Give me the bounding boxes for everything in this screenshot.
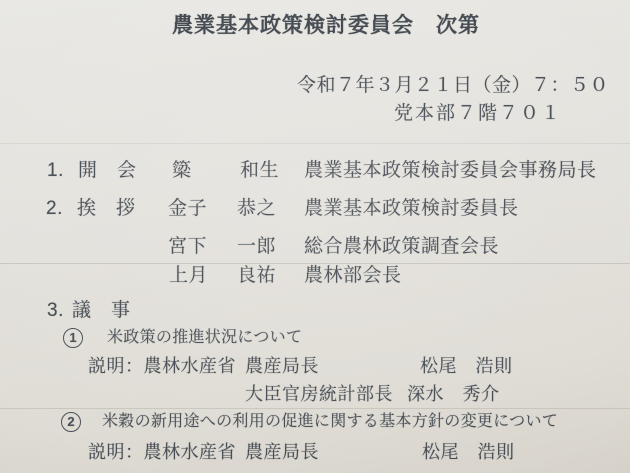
agenda-topic: 米政策の推進状況について [107,329,302,347]
scan-line [0,143,630,144]
meeting-title: 農業基本政策検討委員会 次第 [172,14,480,38]
explainer-name: 松尾 浩則 [422,442,515,463]
circled-number-icon: 1 [63,328,83,348]
speaker-surname: 簗 [172,160,192,182]
explainer-org: 説明：農林水産省 [88,356,236,377]
item-number: 2. [46,198,63,220]
speaker-surname: 宮下 [168,236,207,258]
explainer-name: 松尾 浩則 [420,356,513,377]
meeting-venue: 党本部７階７０１ [394,103,562,125]
speaker-givenname: 良祐 [237,265,276,287]
speaker-surname: 金子 [168,198,207,220]
speaker-role: 総合農林政策調査会長 [304,236,499,258]
speaker-role: 農業基本政策検討委員会事務局長 [304,160,597,182]
circled-number-icon: 2 [61,412,81,432]
speaker-givenname: 一郎 [237,236,276,258]
agenda-document-photo: 農業基本政策検討委員会 次第 令和７年３月２１日（金）７：５０ 党本部７階７０１… [0,0,630,473]
item-label: 挨 拶 [77,198,136,220]
item-label: 開 会 [78,160,137,182]
speaker-role: 農林部会長 [304,265,402,287]
explainer-post: 農産局長 [245,442,319,463]
explainer-post: 農産局長 [245,356,319,377]
speaker-givenname: 恭之 [237,198,276,220]
explainer-post: 大臣官房統計部長 [245,384,393,405]
speaker-surname: 上月 [169,265,208,287]
meeting-datetime: 令和７年３月２１日（金）７：５０ [297,75,609,97]
scan-line [0,263,630,264]
speaker-givenname: 和生 [240,160,279,182]
agenda-topic: 米穀の新用途への利用の促進に関する基本方針の変更について [102,413,558,431]
scan-line [0,408,630,409]
item-label: 議 事 [72,300,131,322]
speaker-role: 農業基本政策検討委員長 [304,198,519,220]
explainer-name: 深水 秀介 [407,384,500,405]
item-number: 3. [47,300,64,322]
explainer-org: 説明：農林水産省 [88,442,236,463]
item-number: 1. [47,160,64,182]
